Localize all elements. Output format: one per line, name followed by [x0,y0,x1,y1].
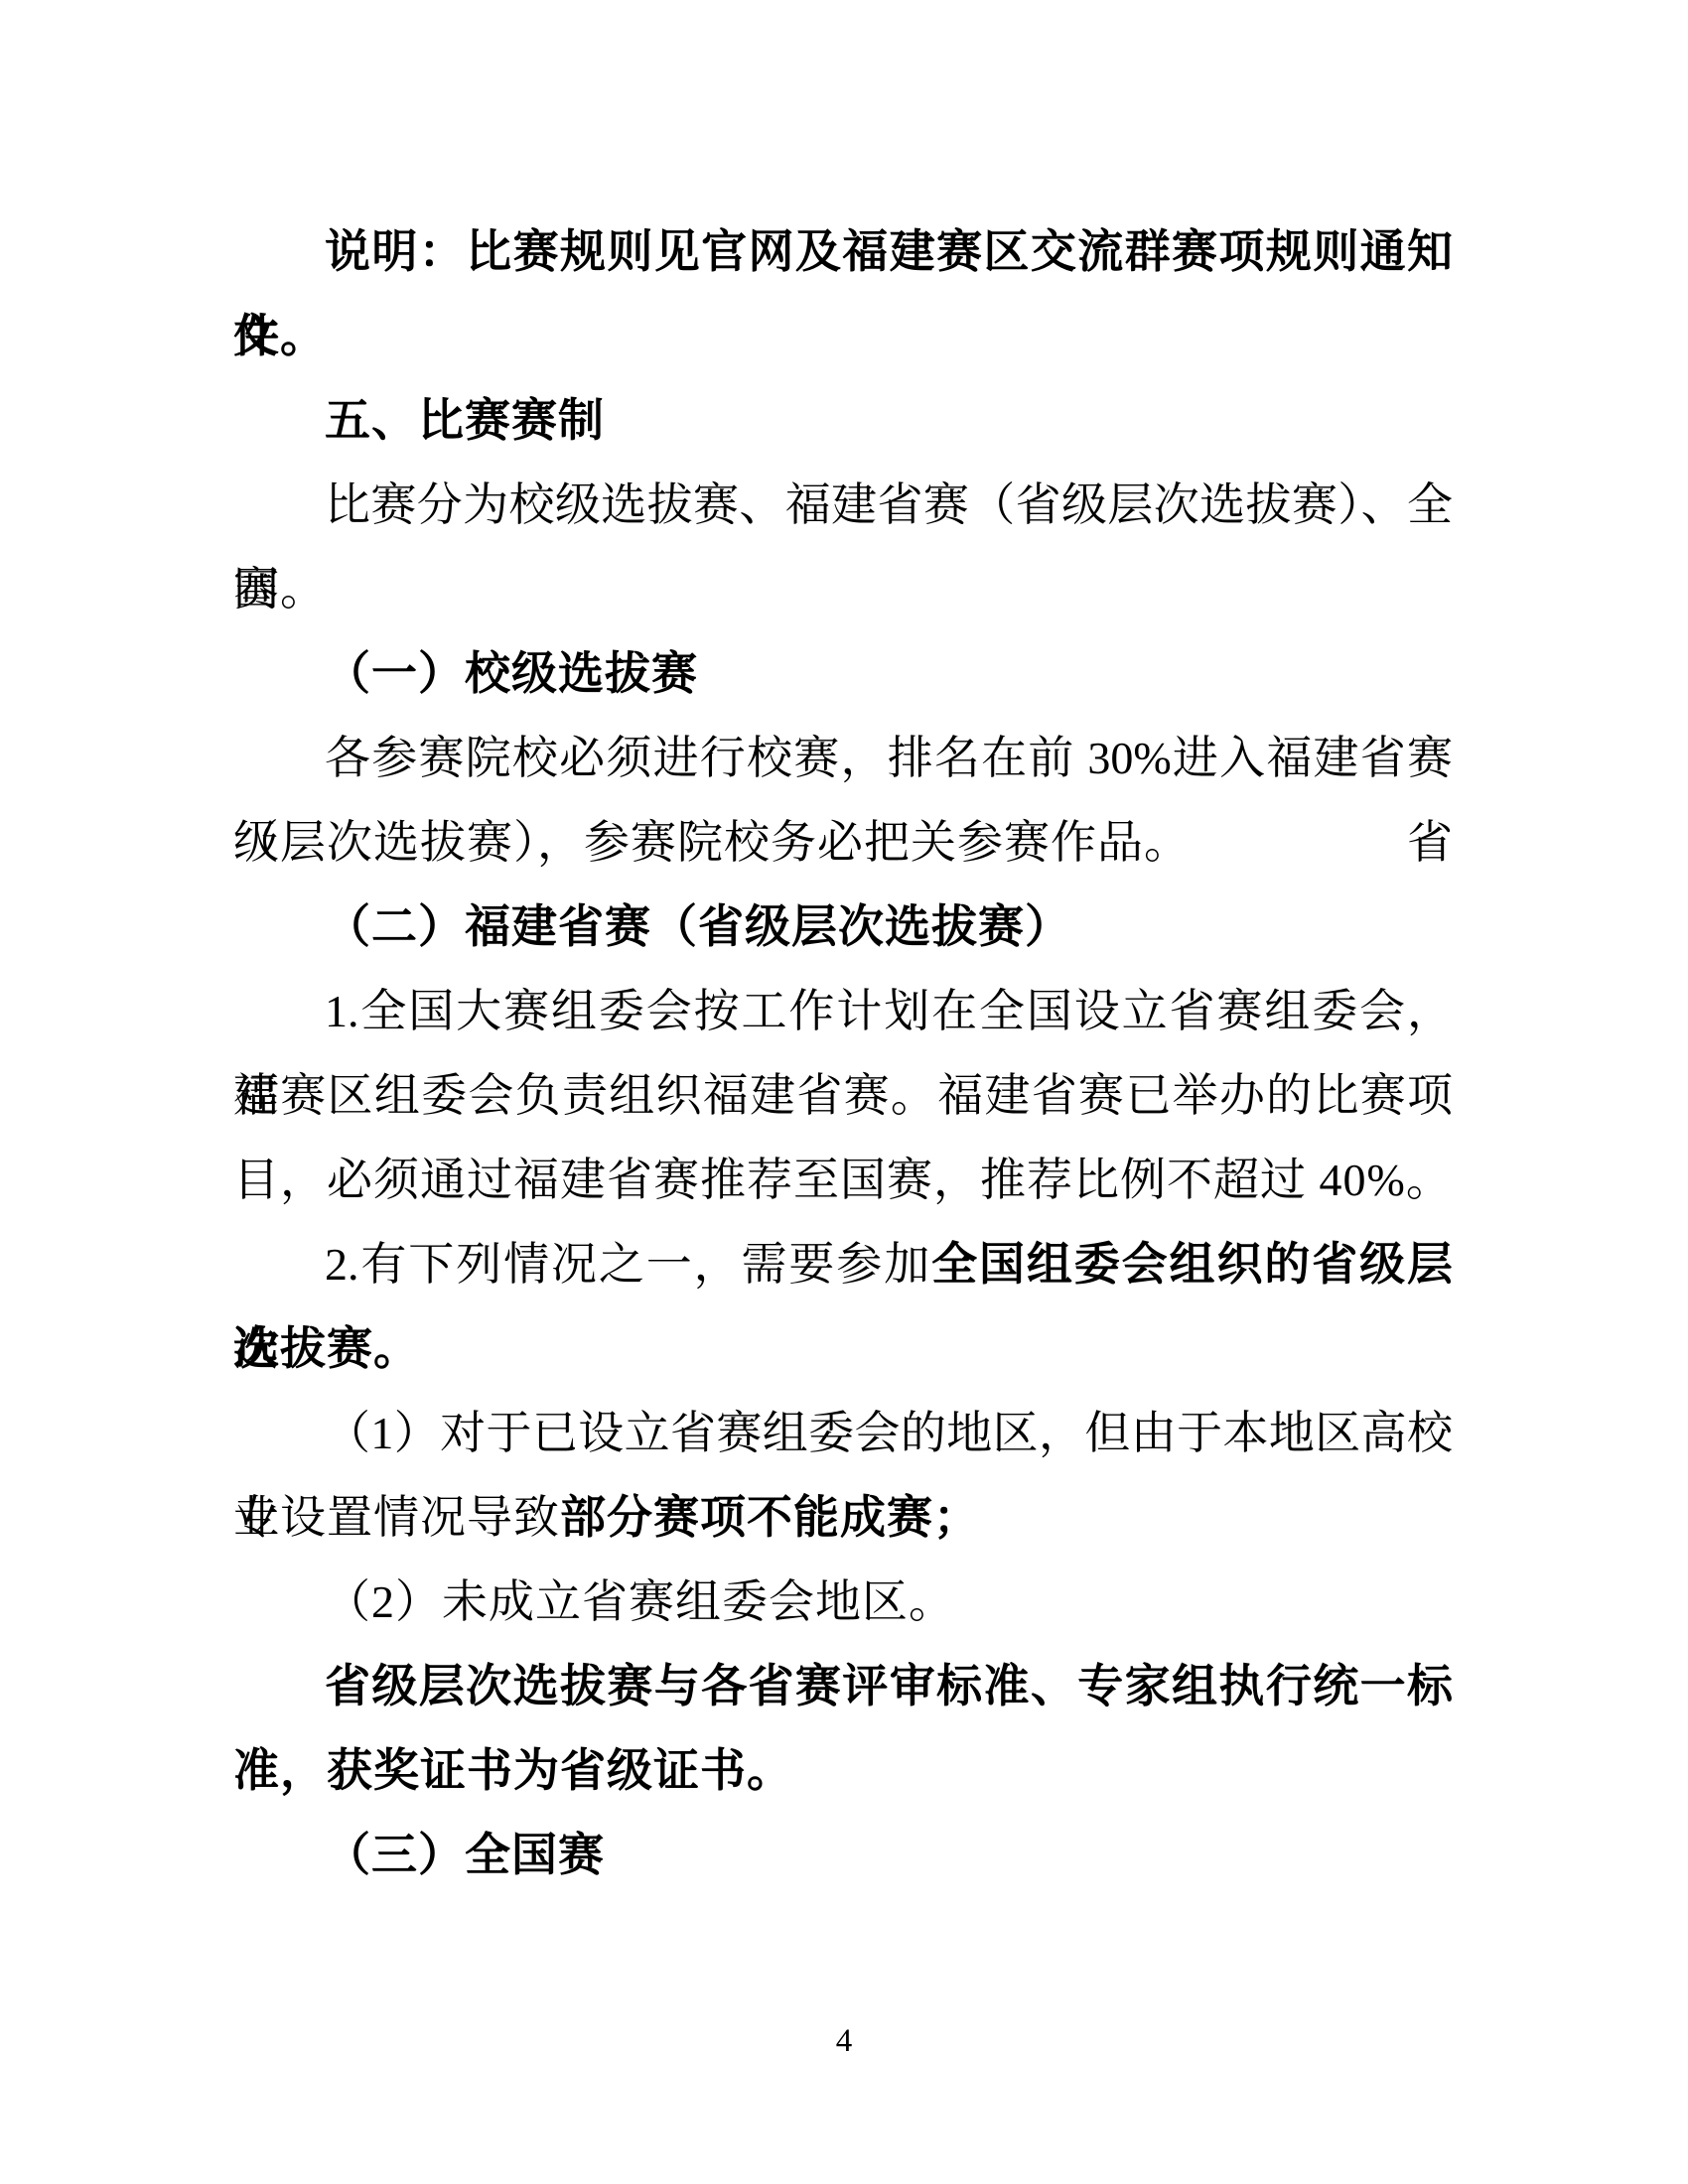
text-line: 1.全国大赛组委会按工作计划在全国设立省赛组委会，福 [233,969,1453,1053]
text-segment: （2）未成立省赛组委会地区。 [325,1576,955,1627]
text-segment: 部分赛项不能成赛； [560,1492,980,1543]
text-line: （2）未成立省赛组委会地区。 [233,1560,1453,1644]
text-line: 省级层次选拔赛与各省赛评审标准、专家组执行统一标 [233,1644,1453,1728]
text-segment: 业设置情况导致 [233,1492,560,1543]
text-segment: 级层次选拔赛），参赛院校务必把关参赛作品。 [233,817,1191,868]
text-segment: （三）全国赛 [325,1830,605,1880]
document-page: 说明：比赛规则见官网及福建赛区交流群赛项规则通知文件。五、比赛赛制比赛分为校级选… [0,0,1688,2184]
text-segment: 准，获奖证书为省级证书。 [233,1745,793,1796]
text-line: 准，获奖证书为省级证书。 [233,1728,1453,1813]
text-segment: 件。 [233,311,327,361]
text-line: 业设置情况导致部分赛项不能成赛； [233,1475,1453,1560]
text-segment: 省级层次选拔赛与各省赛评审标准、专家组执行统一标 [325,1661,1453,1711]
page-number: 4 [0,2021,1688,2061]
text-line: 目，必须通过福建省赛推荐至国赛，推荐比例不超过 40%。 [233,1138,1453,1222]
text-line: （二）福建省赛（省级层次选拔赛） [233,885,1453,969]
text-line: 选拔赛。 [233,1306,1453,1391]
text-segment: 五、比赛赛制 [325,395,605,446]
text-segment: （二）福建省赛（省级层次选拔赛） [325,901,1071,952]
text-segment: 2.有下列情况之一，需要参加 [325,1239,931,1290]
text-line: 说明：比赛规则见官网及福建赛区交流群赛项规则通知文 [233,209,1453,294]
text-line: 建赛区组委会负责组织福建省赛。福建省赛已举办的比赛项 [233,1053,1453,1138]
text-line: 件。 [233,294,1453,378]
text-line: 五、比赛赛制 [233,378,1453,463]
text-line: （三）全国赛 [233,1813,1453,1897]
text-line: 各参赛院校必须进行校赛，排名在前 30%进入福建省赛（省 [233,716,1453,800]
document-body: 说明：比赛规则见官网及福建赛区交流群赛项规则通知文件。五、比赛赛制比赛分为校级选… [233,209,1453,1897]
text-line: 赛。 [233,547,1453,631]
text-line: 2.有下列情况之一，需要参加全国组委会组织的省级层次 [233,1222,1453,1306]
text-line: （1）对于已设立省赛组委会的地区，但由于本地区高校专 [233,1391,1453,1475]
text-segment: （一）校级选拔赛 [325,648,698,699]
text-line: （一）校级选拔赛 [233,631,1453,716]
text-segment: 建赛区组委会负责组织福建省赛。福建省赛已举办的比赛项 [233,1070,1453,1121]
text-segment: 赛。 [233,564,327,614]
text-segment: 选拔赛。 [233,1323,420,1374]
text-line: 比赛分为校级选拔赛、福建省赛（省级层次选拔赛）、全国 [233,463,1453,547]
text-segment: 目，必须通过福建省赛推荐至国赛，推荐比例不超过 40%。 [233,1155,1453,1205]
